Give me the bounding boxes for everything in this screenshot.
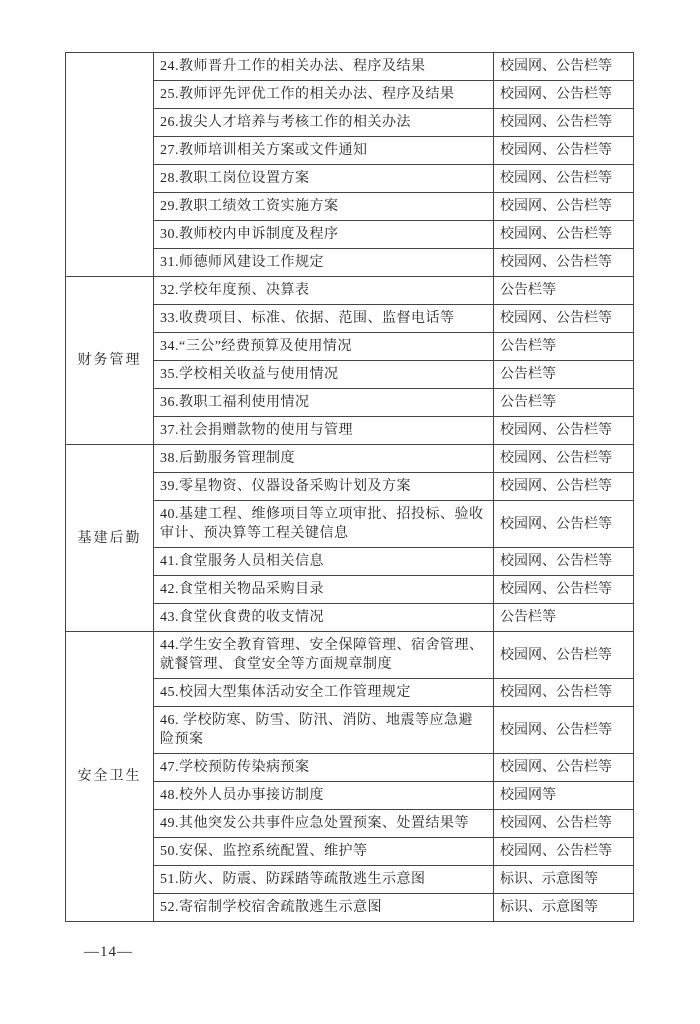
- item-cell: 32.学校年度预、决算表: [154, 277, 494, 305]
- item-cell: 52.寄宿制学校宿舍疏散逃生示意图: [154, 894, 494, 922]
- channel-cell: 校园网、公告栏等: [494, 473, 634, 501]
- page-number: —14—: [84, 944, 133, 961]
- channel-cell: 公告栏等: [494, 604, 634, 632]
- item-cell: 38.后勤服务管理制度: [154, 445, 494, 473]
- item-cell: 51.防火、防震、防踩踏等疏散逃生示意图: [154, 866, 494, 894]
- channel-cell: 公告栏等: [494, 277, 634, 305]
- channel-cell: 校园网、公告栏等: [494, 501, 634, 548]
- channel-cell: 校园网、公告栏等: [494, 679, 634, 707]
- channel-cell: 校园网、公告栏等: [494, 754, 634, 782]
- item-cell: 29.教职工绩效工资实施方案: [154, 193, 494, 221]
- item-cell: 25.教师评先评优工作的相关办法、程序及结果: [154, 81, 494, 109]
- item-cell: 26.拔尖人才培养与考核工作的相关办法: [154, 109, 494, 137]
- item-cell: 46. 学校防寒、防雪、防汛、消防、地震等应急避险预案: [154, 707, 494, 754]
- item-cell: 37.社会捐赠款物的使用与管理: [154, 417, 494, 445]
- item-cell: 34.“三公”经费预算及使用情况: [154, 333, 494, 361]
- item-cell: 27.教师培训相关方案或文件通知: [154, 137, 494, 165]
- channel-cell: 校园网、公告栏等: [494, 576, 634, 604]
- item-cell: 48.校外人员办事接访制度: [154, 782, 494, 810]
- channel-cell: 校园网、公告栏等: [494, 632, 634, 679]
- channel-cell: 校园网、公告栏等: [494, 305, 634, 333]
- channel-cell: 校园网、公告栏等: [494, 109, 634, 137]
- item-cell: 49.其他突发公共事件应急处置预案、处置结果等: [154, 810, 494, 838]
- channel-cell: 校园网、公告栏等: [494, 249, 634, 277]
- channel-cell: 公告栏等: [494, 333, 634, 361]
- category-cell: 财务管理: [66, 277, 154, 445]
- channel-cell: 校园网、公告栏等: [494, 221, 634, 249]
- channel-cell: 公告栏等: [494, 389, 634, 417]
- channel-cell: 校园网、公告栏等: [494, 810, 634, 838]
- item-cell: 42.食堂相关物品采购目录: [154, 576, 494, 604]
- item-cell: 41.食堂服务人员相关信息: [154, 548, 494, 576]
- disclosure-table-body: 24.教师晋升工作的相关办法、程序及结果校园网、公告栏等25.教师评先评优工作的…: [66, 53, 634, 922]
- category-cell: 基建后勤: [66, 445, 154, 632]
- table-row: 安全卫生44.学生安全教育管理、安全保障管理、宿舍管理、就餐管理、食堂安全等方面…: [66, 632, 634, 679]
- item-cell: 39.零星物资、仪器设备采购计划及方案: [154, 473, 494, 501]
- disclosure-table: 24.教师晋升工作的相关办法、程序及结果校园网、公告栏等25.教师评先评优工作的…: [65, 52, 634, 922]
- channel-cell: 公告栏等: [494, 361, 634, 389]
- table-row: 财务管理32.学校年度预、决算表公告栏等: [66, 277, 634, 305]
- category-cell: [66, 53, 154, 277]
- channel-cell: 校园网、公告栏等: [494, 548, 634, 576]
- channel-cell: 校园网、公告栏等: [494, 81, 634, 109]
- channel-cell: 校园网、公告栏等: [494, 137, 634, 165]
- channel-cell: 校园网、公告栏等: [494, 707, 634, 754]
- item-cell: 33.收费项目、标准、依据、范围、监督电话等: [154, 305, 494, 333]
- channel-cell: 校园网、公告栏等: [494, 417, 634, 445]
- item-cell: 40.基建工程、维修项目等立项审批、招投标、验收审计、预决算等工程关键信息: [154, 501, 494, 548]
- item-cell: 30.教师校内申诉制度及程序: [154, 221, 494, 249]
- item-cell: 45.校园大型集体活动安全工作管理规定: [154, 679, 494, 707]
- channel-cell: 校园网、公告栏等: [494, 193, 634, 221]
- item-cell: 28.教职工岗位设置方案: [154, 165, 494, 193]
- channel-cell: 校园网、公告栏等: [494, 165, 634, 193]
- item-cell: 44.学生安全教育管理、安全保障管理、宿舍管理、就餐管理、食堂安全等方面规章制度: [154, 632, 494, 679]
- document-page: 24.教师晋升工作的相关办法、程序及结果校园网、公告栏等25.教师评先评优工作的…: [0, 0, 700, 1024]
- item-cell: 43.食堂伙食费的收支情况: [154, 604, 494, 632]
- table-row: 24.教师晋升工作的相关办法、程序及结果校园网、公告栏等: [66, 53, 634, 81]
- table-row: 基建后勤38.后勤服务管理制度校园网、公告栏等: [66, 445, 634, 473]
- category-cell: 安全卫生: [66, 632, 154, 922]
- channel-cell: 校园网、公告栏等: [494, 53, 634, 81]
- channel-cell: 校园网、公告栏等: [494, 445, 634, 473]
- channel-cell: 标识、示意图等: [494, 866, 634, 894]
- item-cell: 24.教师晋升工作的相关办法、程序及结果: [154, 53, 494, 81]
- channel-cell: 校园网等: [494, 782, 634, 810]
- item-cell: 50.安保、监控系统配置、维护等: [154, 838, 494, 866]
- item-cell: 35.学校相关收益与使用情况: [154, 361, 494, 389]
- channel-cell: 校园网、公告栏等: [494, 838, 634, 866]
- channel-cell: 标识、示意图等: [494, 894, 634, 922]
- item-cell: 47.学校预防传染病预案: [154, 754, 494, 782]
- item-cell: 36.教职工福利使用情况: [154, 389, 494, 417]
- item-cell: 31.师德师风建设工作规定: [154, 249, 494, 277]
